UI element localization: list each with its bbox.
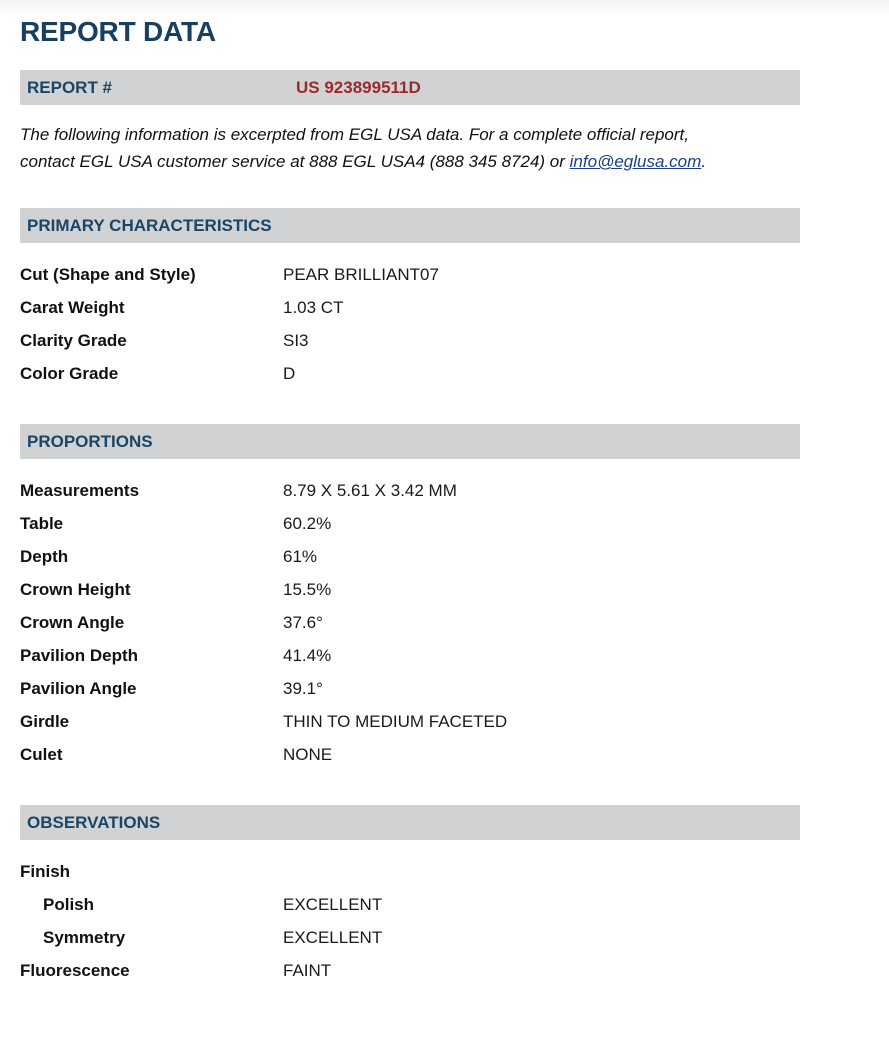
section-title: PROPORTIONS xyxy=(27,432,153,452)
row-label: Girdle xyxy=(20,711,69,733)
row-label: Clarity Grade xyxy=(20,330,127,352)
row-crown-height: Crown Height 15.5% xyxy=(20,579,800,612)
row-crown-angle: Crown Angle 37.6° xyxy=(20,612,800,645)
section-header-observations: OBSERVATIONS xyxy=(20,805,800,840)
row-culet: Culet NONE xyxy=(20,744,800,777)
row-label: Fluorescence xyxy=(20,960,130,982)
row-label: Depth xyxy=(20,546,68,568)
row-label: Carat Weight xyxy=(20,297,125,319)
row-value: FAINT xyxy=(283,960,331,982)
report-number-value: US 923899511D xyxy=(296,78,421,98)
row-label: Cut (Shape and Style) xyxy=(20,264,196,286)
row-label: Color Grade xyxy=(20,363,118,385)
row-label: Pavilion Depth xyxy=(20,645,138,667)
row-value: PEAR BRILLIANT07 xyxy=(283,264,439,286)
row-value: 1.03 CT xyxy=(283,297,343,319)
section-header-proportions: PROPORTIONS xyxy=(20,424,800,459)
row-label: Culet xyxy=(20,744,63,766)
row-depth: Depth 61% xyxy=(20,546,800,579)
row-pavilion-depth: Pavilion Depth 41.4% xyxy=(20,645,800,678)
row-measurements: Measurements 8.79 X 5.61 X 3.42 MM xyxy=(20,480,800,513)
row-finish: Finish xyxy=(20,861,800,894)
row-value: 60.2% xyxy=(283,513,331,535)
section-title: PRIMARY CHARACTERISTICS xyxy=(27,216,272,236)
row-value: SI3 xyxy=(283,330,309,352)
row-table: Table 60.2% xyxy=(20,513,800,546)
section-title: OBSERVATIONS xyxy=(27,813,160,833)
row-value: 39.1° xyxy=(283,678,323,700)
row-girdle: Girdle THIN TO MEDIUM FACETED xyxy=(20,711,800,744)
row-value: 41.4% xyxy=(283,645,331,667)
top-shadow xyxy=(0,0,889,14)
row-fluorescence: Fluorescence FAINT xyxy=(20,960,800,993)
row-label: Crown Angle xyxy=(20,612,124,634)
row-value: 37.6° xyxy=(283,612,323,634)
row-value: NONE xyxy=(283,744,332,766)
row-label: Symmetry xyxy=(43,927,125,949)
page-title: REPORT DATA xyxy=(20,16,216,48)
intro-line-2-suffix: . xyxy=(701,152,706,171)
intro-line-1: The following information is excerpted f… xyxy=(20,125,689,144)
row-value: 8.79 X 5.61 X 3.42 MM xyxy=(283,480,457,502)
row-value: 15.5% xyxy=(283,579,331,601)
row-symmetry: Symmetry EXCELLENT xyxy=(20,927,800,960)
row-color-grade: Color Grade D xyxy=(20,363,800,396)
row-label: Pavilion Angle xyxy=(20,678,137,700)
report-number-label: REPORT # xyxy=(27,78,112,98)
row-value: THIN TO MEDIUM FACETED xyxy=(283,711,507,733)
email-link[interactable]: info@eglusa.com xyxy=(570,152,702,171)
row-cut: Cut (Shape and Style) PEAR BRILLIANT07 xyxy=(20,264,800,297)
row-value: 61% xyxy=(283,546,317,568)
row-clarity-grade: Clarity Grade SI3 xyxy=(20,330,800,363)
row-label: Polish xyxy=(43,894,94,916)
row-label: Measurements xyxy=(20,480,139,502)
row-polish: Polish EXCELLENT xyxy=(20,894,800,927)
row-carat-weight: Carat Weight 1.03 CT xyxy=(20,297,800,330)
row-value: D xyxy=(283,363,295,385)
row-label: Crown Height xyxy=(20,579,131,601)
intro-text: The following information is excerpted f… xyxy=(20,121,800,175)
row-label: Finish xyxy=(20,861,70,883)
section-header-primary-characteristics: PRIMARY CHARACTERISTICS xyxy=(20,208,800,243)
row-pavilion-angle: Pavilion Angle 39.1° xyxy=(20,678,800,711)
intro-line-2: contact EGL USA customer service at 888 … xyxy=(20,152,570,171)
row-label: Table xyxy=(20,513,63,535)
row-value: EXCELLENT xyxy=(283,927,382,949)
report-number-bar: REPORT # US 923899511D xyxy=(20,70,800,105)
row-value: EXCELLENT xyxy=(283,894,382,916)
